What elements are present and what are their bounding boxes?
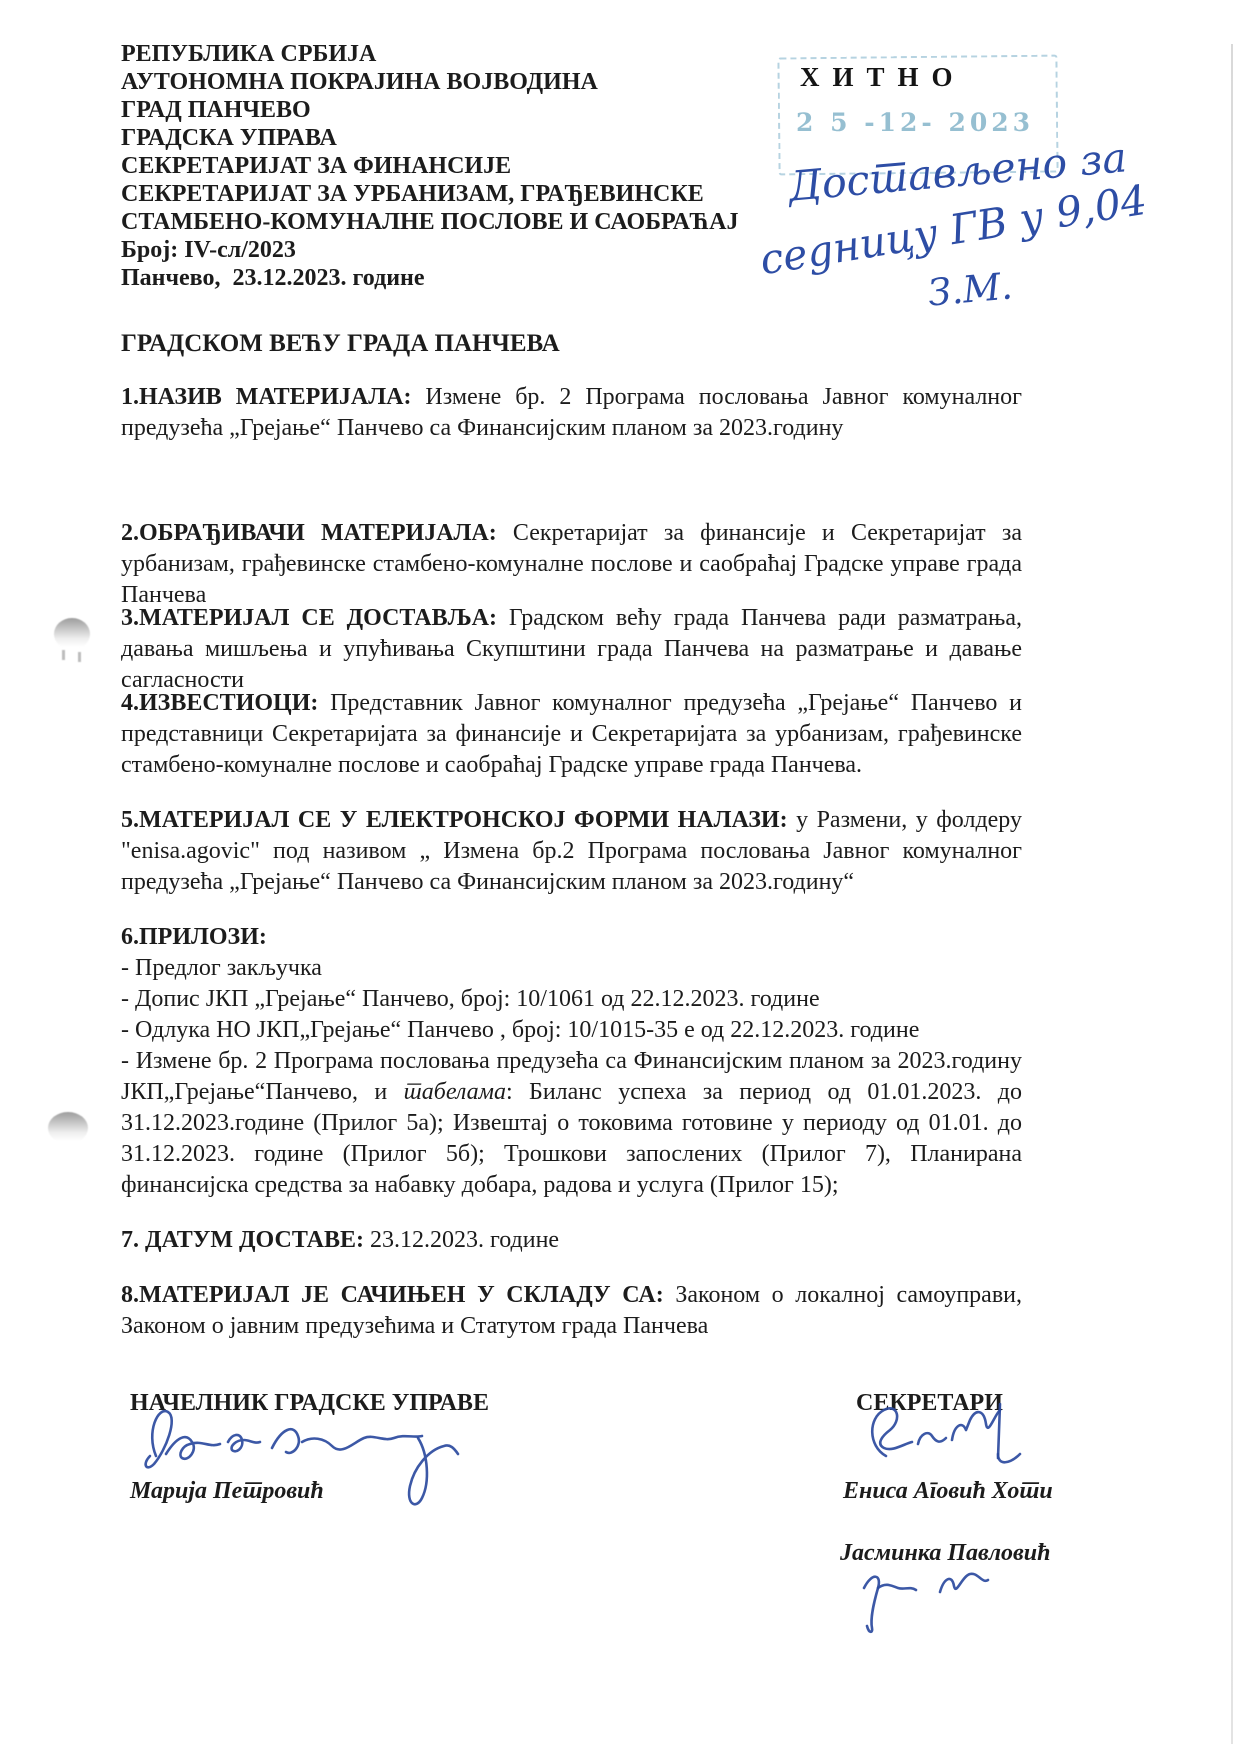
letterhead-line: СЕКРЕТАРИЈАТ ЗА УРБАНИЗАМ, ГРАЂЕВИНСКЕ (121, 180, 881, 208)
section-label: 2.ОБРАЂИВАЧИ МАТЕРИЈАЛА: (121, 520, 497, 546)
section-material-processors: 2.ОБРАЂИВАЧИ МАТЕРИЈАЛА: Секретаријат за… (121, 518, 1022, 611)
letterhead-line: ГРАДСКА УПРАВА (121, 124, 881, 152)
signatory-left-name: Марија Петровић (130, 1478, 324, 1505)
letterhead-line: АУТОНОМНА ПОКРАЈИНА ВОЈВОДИНА (121, 68, 881, 96)
section-attachments: 6.ПРИЛОЗИ: - Предлог закључка - Допис ЈК… (121, 922, 1022, 1201)
attachment-item-long: - Измене бр. 2 Програма пословања предуз… (121, 1046, 1022, 1201)
addressee-title: ГРАДСКОМ ВЕЋУ ГРАДА ПАНЧЕВА (121, 330, 560, 358)
section-rapporteurs: 4.ИЗВЕСТИОЦИ: Представник Јавног комунал… (121, 688, 1022, 781)
punch-hole-artifact (54, 618, 90, 650)
section-electronic-form: 5.МАТЕРИЈАЛ СЕ У ЕЛЕКТРОНСКОЈ ФОРМИ НАЛА… (121, 805, 1022, 898)
section-label: 1.НАЗИВ МАТЕРИЈАЛА: (121, 384, 411, 410)
urgent-stamp-label: ХИТНО (800, 62, 966, 93)
received-date-stamp: 2 5 -12- 2023 (796, 108, 1034, 137)
signatory-right-name1: Ениса Аговић Хоти (843, 1478, 1053, 1505)
attachment-item: - Допис ЈКП „Грејање“ Панчево, број: 10/… (121, 984, 1022, 1015)
section-label: 3.МАТЕРИЈАЛ СЕ ДОСТАВЉА: (121, 605, 497, 631)
attachment-text-italic: табелама (404, 1079, 506, 1105)
punch-hole-artifact (48, 1112, 88, 1144)
section-label: 8.МАТЕРИЈАЛ ЈЕ САЧИЊЕН У СКЛАДУ СА: (121, 1282, 664, 1308)
section-label: 4.ИЗВЕСТИОЦИ: (121, 690, 318, 716)
letterhead-line: СТАМБЕНО-КОМУНАЛНЕ ПОСЛОВЕ И САОБРАЋАЈ (121, 208, 881, 236)
section-material-delivery: 3.МАТЕРИЈАЛ СЕ ДОСТАВЉА: Градском већу г… (121, 603, 1022, 696)
signature-jasminka-pavlovic (842, 1562, 1002, 1642)
section-label: 7. ДАТУМ ДОСТАВЕ: (121, 1227, 364, 1253)
scanned-document-page: РЕПУБЛИКА СРБИЈА АУТОНОМНА ПОКРАЈИНА ВОЈ… (0, 0, 1240, 1752)
section-legal-basis: 8.МАТЕРИЈАЛ ЈЕ САЧИЊЕН У СКЛАДУ СА: Зако… (121, 1280, 1022, 1342)
attachment-item: - Предлог закључка (121, 953, 1022, 984)
scan-edge-line (1231, 44, 1233, 1744)
punch-hole-smudge (78, 652, 81, 662)
attachments-heading: 6.ПРИЛОЗИ: (121, 922, 1022, 953)
punch-hole-smudge (62, 650, 65, 660)
section-delivery-date: 7. ДАТУМ ДОСТАВЕ: 23.12.2023. године (121, 1225, 1022, 1256)
section-material-title: 1.НАЗИВ МАТЕРИЈАЛА: Измене бр. 2 Програм… (121, 382, 1022, 444)
section-label: 5.МАТЕРИЈАЛ СЕ У ЕЛЕКТРОНСКОЈ ФОРМИ НАЛА… (121, 807, 788, 833)
attachment-item: - Одлука НО ЈКП„Грејање“ Панчево , број:… (121, 1015, 1022, 1046)
letterhead-line: ГРАД ПАНЧЕВО (121, 96, 881, 124)
handwritten-initials: З.М. (926, 264, 1014, 314)
section-text: 23.12.2023. године (364, 1227, 559, 1253)
letterhead-line: СЕКРЕТАРИЈАТ ЗА ФИНАНСИЈЕ (121, 152, 881, 180)
letterhead-line: РЕПУБЛИКА СРБИЈА (121, 40, 881, 68)
